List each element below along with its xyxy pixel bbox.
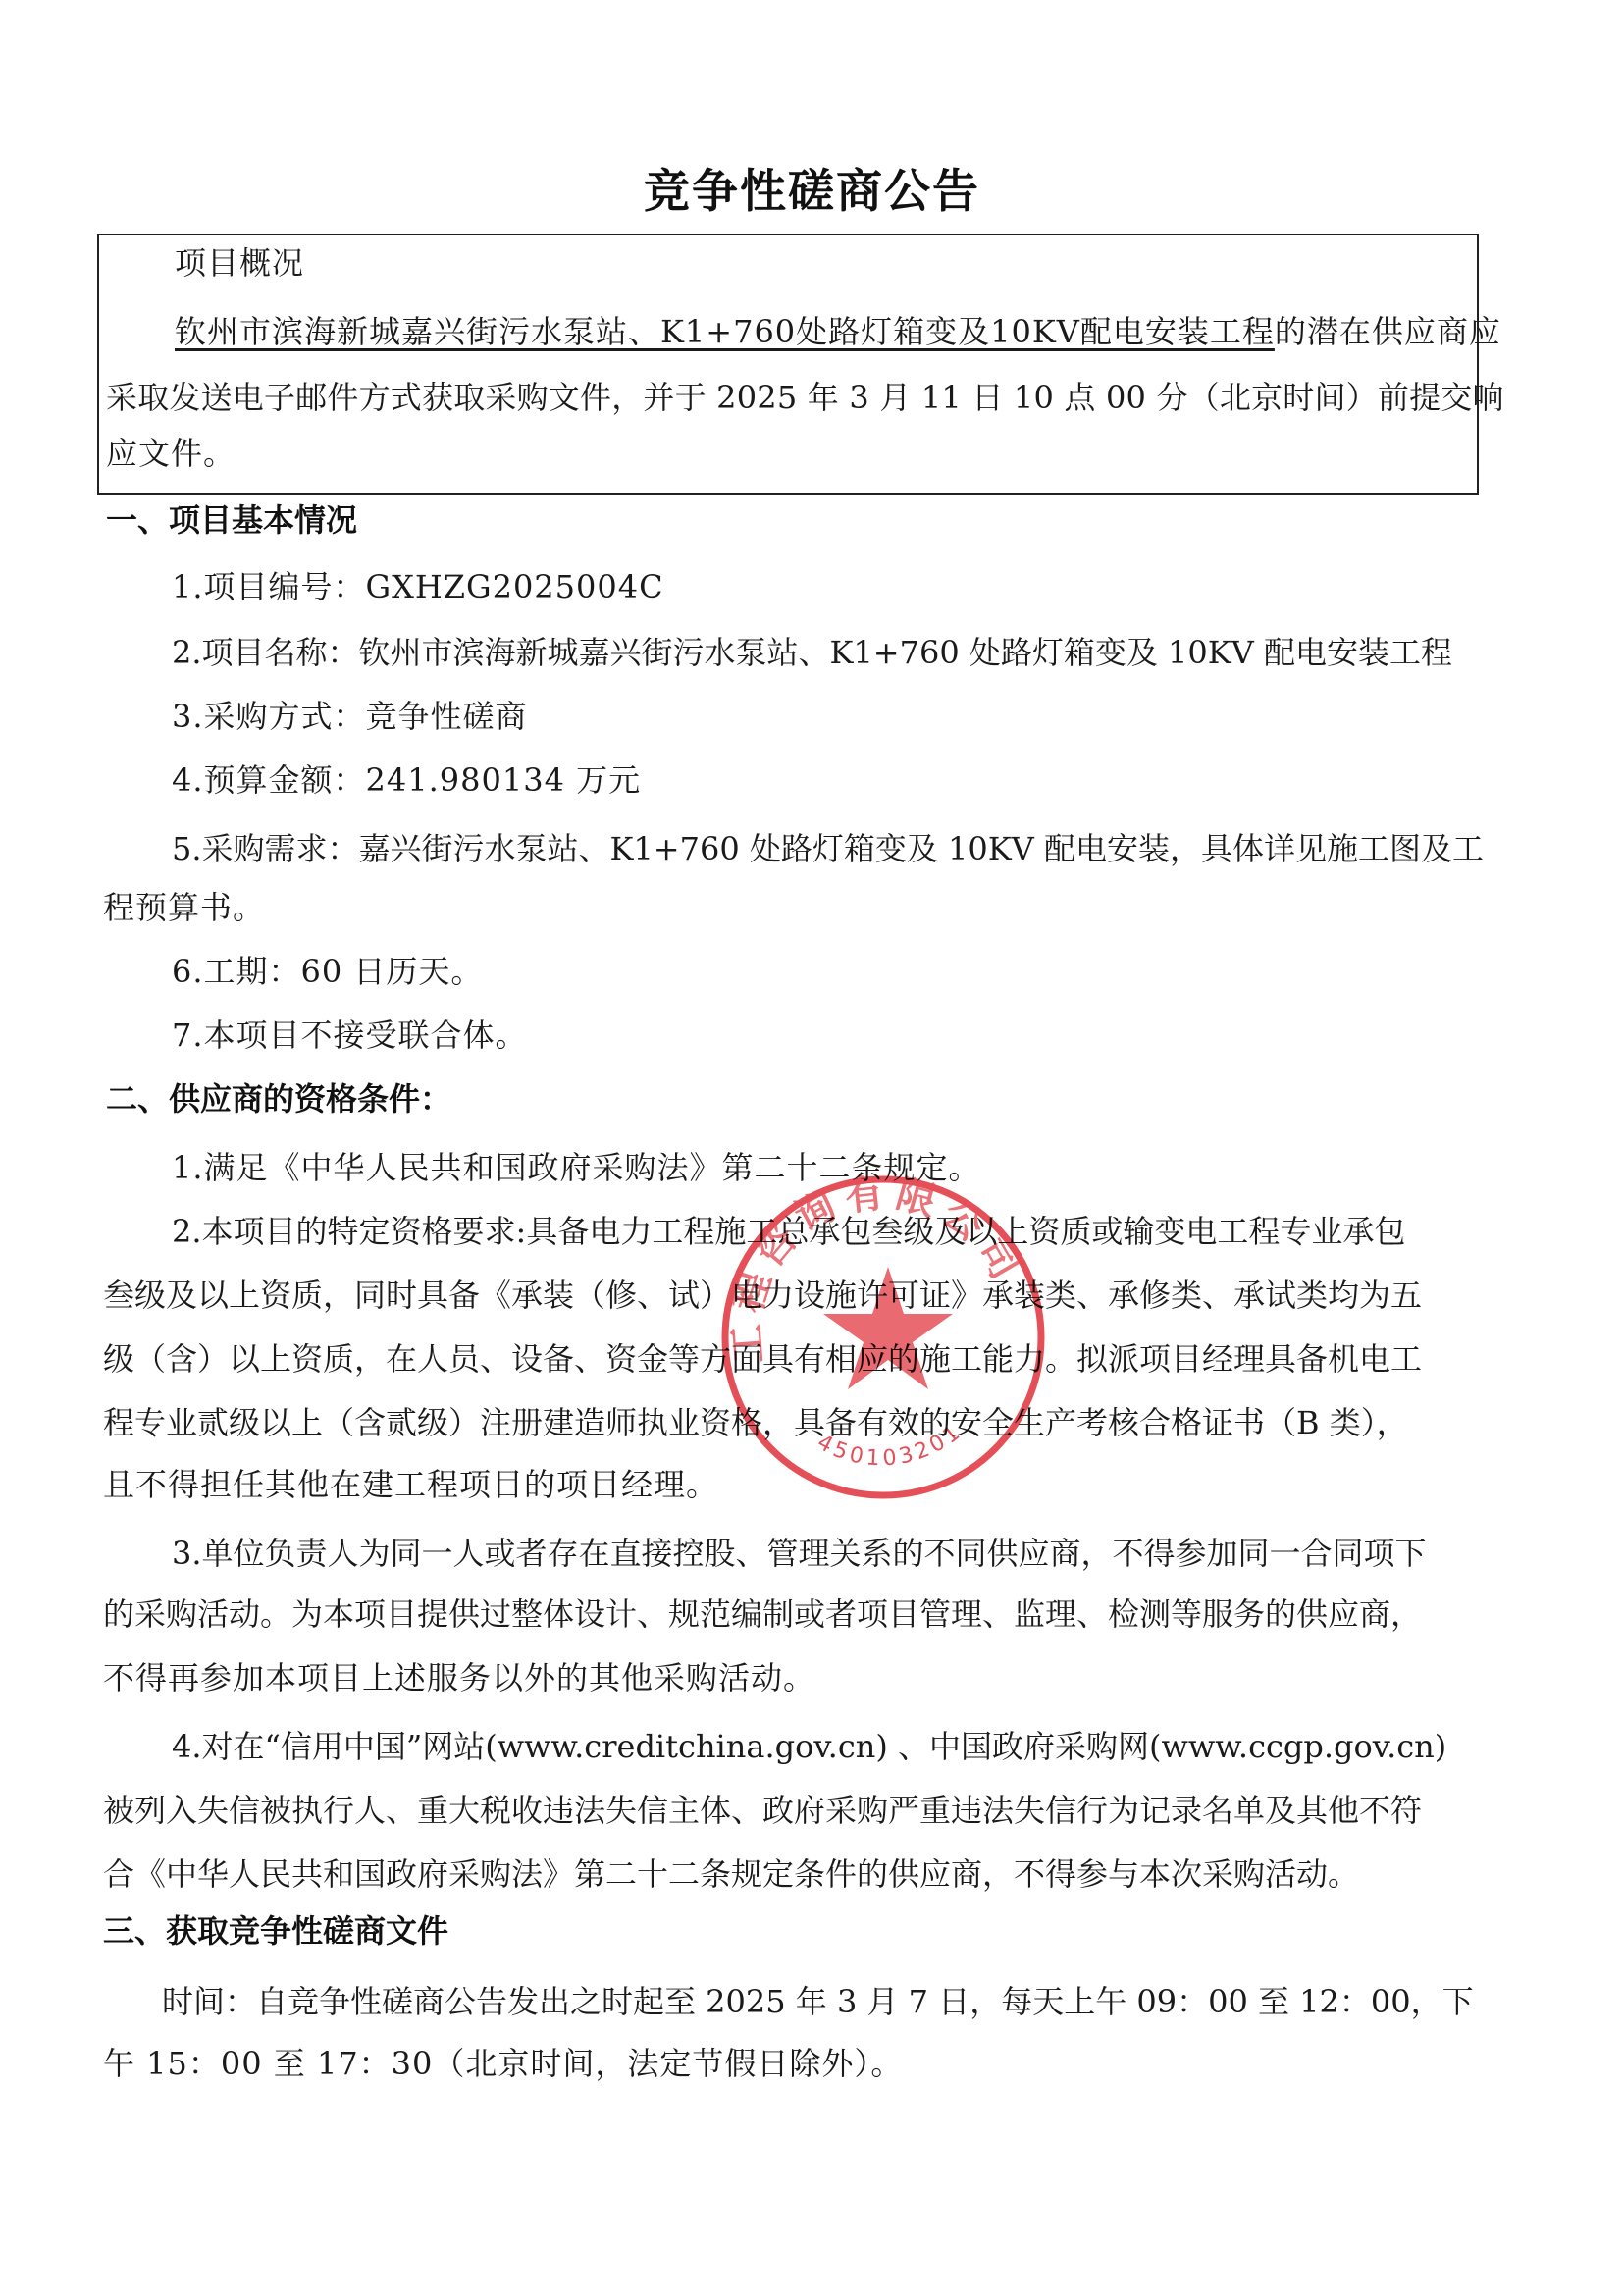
section-2-line: 1.满足《中华人民共和国政府采购法》第二十二条规定。 <box>172 1148 981 1187</box>
overview-line-2: 采取发送电子邮件方式获取采购文件，并于 2025 年 3 月 11 日 10 点… <box>106 378 1504 417</box>
project-name-link[interactable]: 钦州市滨海新城嘉兴街污水泵站、K1+760处路灯箱变及10KV配电安装工程 <box>175 313 1275 350</box>
section-2-line: 4.对在“信用中国”网站(www.creditchina.gov.cn) 、中国… <box>172 1727 1446 1766</box>
section-2-line: 级（含）以上资质，在人员、设备、资金等方面具有相应的施工能力。拟派项目经理具备机… <box>103 1339 1422 1379</box>
section-2-line: 且不得担任其他在建工程项目的项目经理。 <box>103 1465 718 1504</box>
section-2-line: 程专业贰级以上（含贰级）注册建造师执业资格，具备有效的安全生产考核合格证书（B … <box>103 1403 1408 1442</box>
section-2-line: 合《中华人民共和国政府采购法》第二十二条规定条件的供应商，不得参与本次采购活动。 <box>103 1854 1359 1894</box>
section-1-item: 1.项目编号：GXHZG2025004C <box>172 567 664 606</box>
section-2-heading: 二、供应商的资格条件： <box>106 1079 451 1119</box>
section-2-line: 的采购活动。为本项目提供过整体设计、规范编制或者项目管理、监理、检测等服务的供应… <box>103 1594 1422 1634</box>
overview-heading: 项目概况 <box>175 243 304 283</box>
section-1-item: 4.预算金额：241.980134 万元 <box>172 760 641 800</box>
section-2-line: 叁级及以上资质，同时具备《承装（修、试）电力设施许可证》承装类、承修类、承试类均… <box>103 1276 1422 1315</box>
section-1-item-continuation: 程预算书。 <box>103 888 265 927</box>
section-3-line: 午 15：00 至 17：30（北京时间，法定节假日除外）。 <box>103 2044 903 2083</box>
section-2-line: 2.本项目的特定资格要求:具备电力工程施工总承包叁级及以上资质或输变电工程专业承… <box>172 1212 1405 1251</box>
overview-line-1-rest: 的潜在供应商应 <box>1275 313 1501 350</box>
section-1-item: 3.采购方式：竞争性磋商 <box>172 697 528 736</box>
section-1-heading: 一、项目基本情况 <box>106 500 357 540</box>
overview-line-3: 应文件。 <box>106 434 236 473</box>
section-1-item: 7.本项目不接受联合体。 <box>172 1016 528 1055</box>
section-3-line: 时间：自竞争性磋商公告发出之时起至 2025 年 3 月 7 日，每天上午 09… <box>162 1982 1474 2021</box>
overview-line-1: 钦州市滨海新城嘉兴街污水泵站、K1+760处路灯箱变及10KV配电安装工程的潜在… <box>175 312 1501 351</box>
section-1-item: 5.采购需求：嘉兴街污水泵站、K1+760 处路灯箱变及 10KV 配电安装，具… <box>172 829 1484 868</box>
page-title: 竞争性磋商公告 <box>0 155 1624 221</box>
svg-text:工程咨询有限公司: 工程咨询有限公司 <box>724 1174 1032 1365</box>
project-overview-box <box>97 234 1479 495</box>
section-2-line: 被列入失信被执行人、重大税收违法失信主体、政府采购严重违法失信行为记录名单及其他… <box>103 1791 1422 1830</box>
section-2-line: 3.单位负责人为同一人或者存在直接控股、管理关系的不同供应商，不得参加同一合同项… <box>172 1534 1427 1573</box>
section-1-item: 6.工期：60 日历天。 <box>172 952 483 991</box>
section-3-heading: 三、获取竞争性磋商文件 <box>103 1911 448 1951</box>
section-1-item: 2.项目名称：钦州市滨海新城嘉兴街污水泵站、K1+760 处路灯箱变及 10KV… <box>172 633 1452 672</box>
section-2-line: 不得再参加本项目上述服务以外的其他采购活动。 <box>103 1658 815 1697</box>
